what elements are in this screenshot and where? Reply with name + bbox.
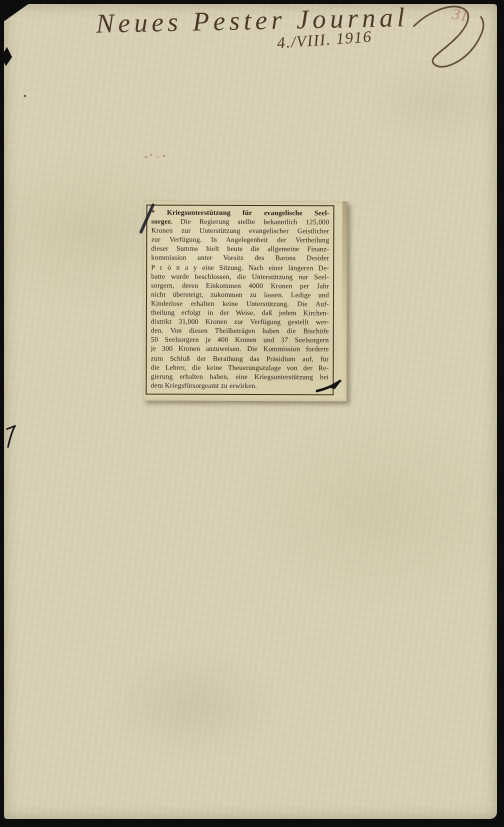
article-line: gierung erhalten haben, eine Kriegsunter… (151, 372, 329, 382)
paper-speck (24, 95, 26, 97)
article-line: kommission unter Vorsitz des Barons Desi… (151, 254, 329, 264)
ink-hook (7, 426, 15, 447)
ink-blot (1, 47, 12, 66)
handwritten-journal-title: Neues Pester Journal (96, 1, 449, 39)
red-specks (145, 154, 166, 159)
article-line: P r ó n a y eine Sitzung. Nach einer län… (151, 263, 329, 273)
article-line: batte wurde beschlossen, die Unterstützu… (151, 272, 329, 282)
article-line: sorgern, deren Einkommen 4000 Kronen per… (151, 281, 329, 291)
archive-number: 31 (451, 6, 470, 26)
article-line: je 300 Kronen anzuweisen. Die Kommission… (151, 345, 329, 355)
newspaper-clipping: * Kriegsunterstützung für evangelische S… (143, 201, 348, 402)
article-line: die Lehrer, die keine Theuerungszulage v… (151, 363, 329, 373)
scan-corner-wedge (0, 0, 34, 22)
article-heading-continued: sorger. (151, 218, 172, 226)
article-line-text: Die Regierung stellte bekanntlich 125,00… (181, 218, 330, 227)
article-border-box: * Kriegsunterstützung für evangelische S… (146, 205, 335, 396)
article-line: zum Schluß der Berathung das Präsidium a… (151, 354, 329, 364)
article-line: dem Kriegsfürsorgeamt zu erwirken. (151, 381, 329, 391)
scanned-page: Neues Pester Journal 4./VIII. 1916 31 * … (0, 0, 504, 827)
